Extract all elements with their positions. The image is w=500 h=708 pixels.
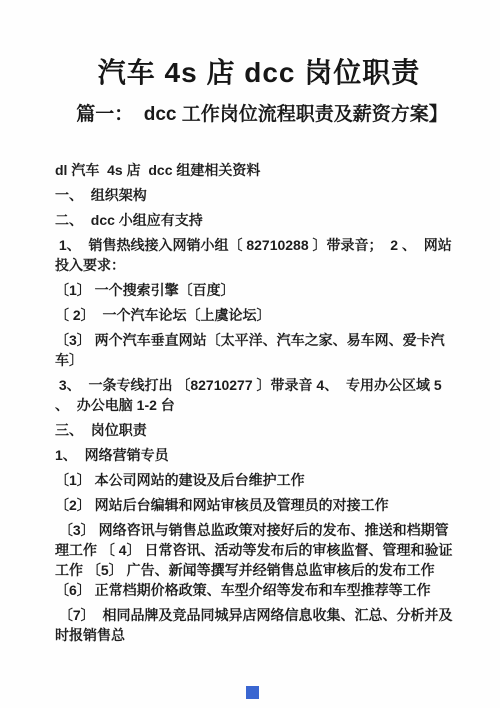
footer-marker-icon <box>246 686 259 699</box>
paragraph-item-car-forum: 〔 2〕 一个汽车论坛〔上虞论坛〕 <box>55 305 455 325</box>
paragraph-duty-7-competitor-info: 〔7〕 相同品牌及竞品同城异店网络信息收集、汇总、分析并及时报销售总 <box>55 605 455 645</box>
document-subtitle: 篇一： dcc 工作岗位流程职责及薪资方案】 <box>55 102 455 128</box>
paragraph-section-1-org-structure: 一、 组织架构 <box>55 185 455 205</box>
document-title: 汽车 4s 店 dcc 岗位职责 <box>55 56 455 90</box>
document-body: dl 汽车 4s 店 dcc 组建相关资料 一、 组织架构 二、 dcc 小组应… <box>55 160 455 645</box>
paragraph-section-2-dcc-support: 二、 dcc 小组应有支持 <box>55 210 455 230</box>
paragraph-duty-2-backend-editing: 〔2〕 网站后台编辑和网站审核员及管理员的对接工作 <box>55 495 455 515</box>
paragraph-heading-resources: dl 汽车 4s 店 dcc 组建相关资料 <box>55 160 455 180</box>
paragraph-duty-1-website-maintenance: 〔1〕 本公司网站的建设及后台维护工作 <box>55 470 455 490</box>
paragraph-hotline-requirements: 1、 销售热线接入网销小组〔 82710288 〕带录音； 2 、 网站投入要求… <box>55 235 455 275</box>
document-page: 汽车 4s 店 dcc 岗位职责 篇一： dcc 工作岗位流程职责及薪资方案】 … <box>0 0 500 708</box>
paragraph-item-dedicated-line: 3、 一条专线打出 〔82710277 〕带录音 4、 专用办公区域 5 、 办… <box>55 375 455 415</box>
paragraph-item-vertical-sites: 〔3〕 两个汽车垂直网站〔太平洋、汽车之家、易车网、爱卡汽车〕 <box>55 330 455 370</box>
paragraph-duty-3-to-6-publishing: 〔3〕 网络咨讯与销售总监政策对接好后的发布、推送和档期管理工作 〔 4〕 日常… <box>55 520 455 600</box>
paragraph-item-search-engine: 〔1〕 一个搜索引擎〔百度〕 <box>55 280 455 300</box>
paragraph-role-online-marketing: 1、 网络营销专员 <box>55 445 455 465</box>
paragraph-section-3-job-duties: 三、 岗位职责 <box>55 420 455 440</box>
